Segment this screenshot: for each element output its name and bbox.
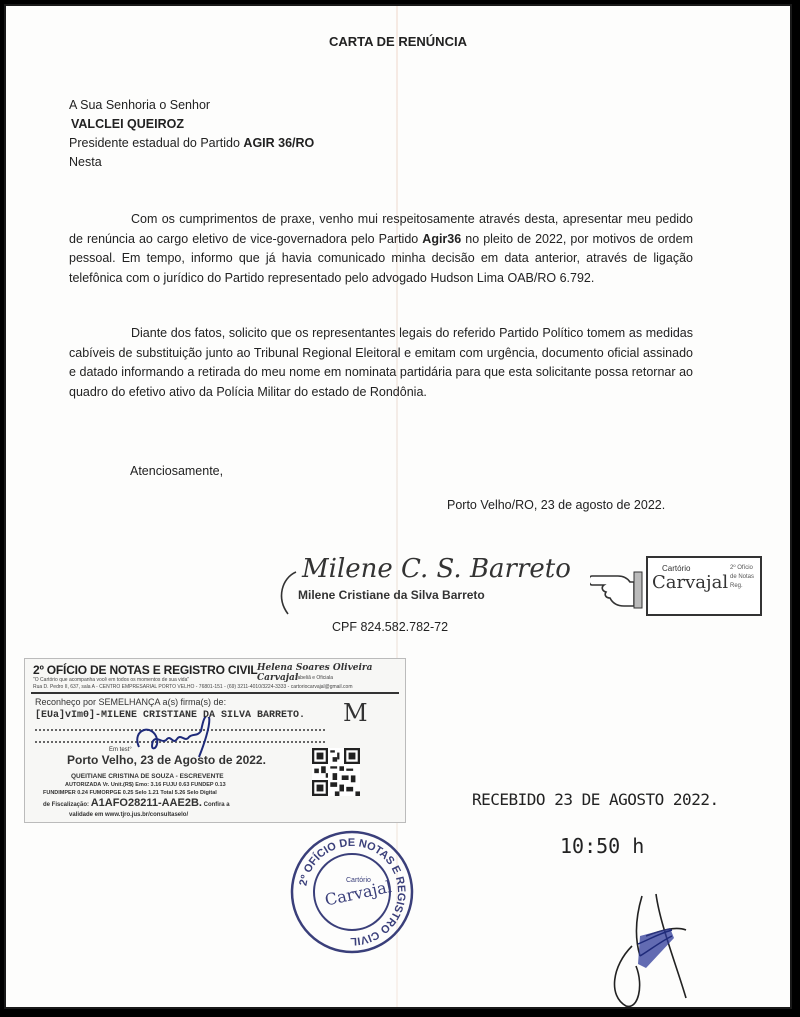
seal-code: A1AFO28211-AAE2B. [91,797,202,809]
round-notary-seal: 2º OFÍCIO DE NOTAS E REGISTRO CIVIL Cart… [288,828,416,956]
recipient-role-text: Presidente estadual do Partido [69,136,243,150]
recipient-role: Presidente estadual do Partido AGIR 36/R… [69,134,314,152]
paragraph-2: Diante dos fatos, solicito que os repres… [69,324,693,402]
validate-link[interactable]: validade em www.tjro.jus.br/consultaselo… [69,812,188,818]
party-name: Agir36 [422,232,461,246]
initial-mark: M [343,699,368,727]
recipient-name: VALCLEI QUEIROZ [71,115,184,133]
receipt-time: 10:50 h [560,834,644,858]
pointing-hand-icon [590,560,650,612]
cartorio-side-text: 2º Ofício de Notas Reg. [730,564,754,591]
cartorio-brand: Carvajal [652,572,728,593]
receipt-note: RECEBIDO 23 DE AGOSTO 2022. [472,790,719,809]
recipient-salutation: A Sua Senhoria o Senhor [69,96,210,114]
recognition-label: Reconheço por SEMELHANÇA a(s) firma(s) d… [35,697,226,707]
closing: Atenciosamente, [130,462,223,480]
place-date: Porto Velho/RO, 23 de agosto de 2022. [447,496,665,514]
notary-stamp: 2º OFÍCIO DE NOTAS E REGISTRO CIVIL Hele… [24,658,406,823]
signer-cpf: CPF 824.582.782-72 [332,618,448,636]
pointer-stamp: Cartório Carvajal 2º Ofício de Notas Reg… [590,556,760,616]
qr-code-icon[interactable] [312,748,360,796]
paragraph-1: Com os cumprimentos de praxe, venho mui … [69,210,693,288]
seal-code-line: de Fiscalização: A1AFO28211-AAE2B. Confi… [43,797,230,809]
recipient-location: Nesta [69,153,102,171]
recipient-party: AGIR 36/RO [243,136,314,150]
cartorio-box: Cartório Carvajal 2º Ofício de Notas Reg… [646,556,762,616]
clerk-signature-icon [125,717,235,767]
notary-heading: 2º OFÍCIO DE NOTAS E REGISTRO CIVIL [33,663,258,677]
letter-page: CARTA DE RENÚNCIA A Sua Senhoria o Senho… [4,4,792,1009]
handwritten-signature: Milene C. S. Barreto [302,554,571,584]
receiver-signature-icon [602,886,712,1009]
document-title: CARTA DE RENÚNCIA [6,34,790,49]
signer-name: Milene Cristiane da Silva Barreto [298,586,485,604]
